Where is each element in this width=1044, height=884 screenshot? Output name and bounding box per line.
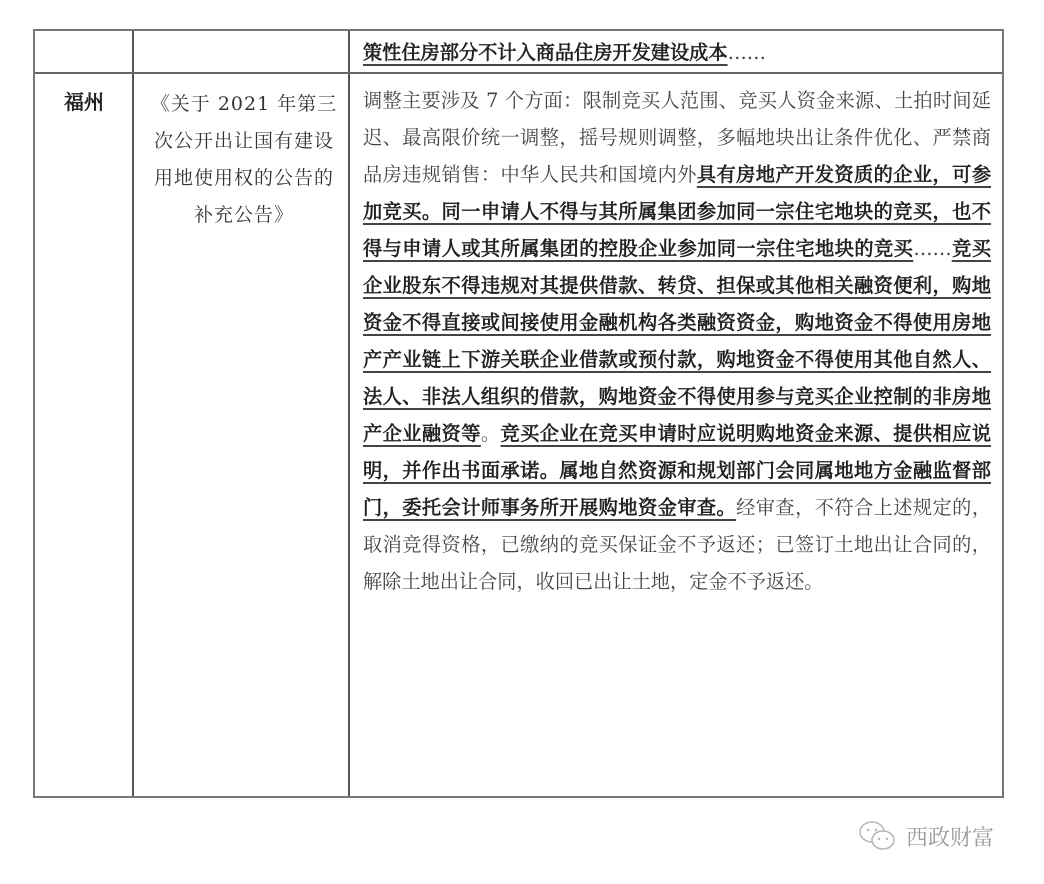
watermark-label: 西政财富 (906, 821, 994, 852)
document-title-cell: 《关于 2021 年第三次公开出让国有建设用地使用权的公告的补充公告》 (135, 74, 349, 234)
highlighted-segment: 竞买企业股东不得违规对其提供借款、转贷、担保或其他相关融资便利，购地资金不得直接… (363, 237, 991, 445)
city-cell: 福州 (35, 74, 133, 115)
highlighted-text: 策性住房部分不计入商品住房开发建设成本 (363, 41, 728, 64)
column-divider (132, 31, 134, 796)
policy-content: 调整主要涉及 7 个方面：限制竞买人范围、竞买人资金来源、土拍时间延迟、最高限价… (363, 74, 991, 600)
content-segment: 。 (481, 422, 501, 445)
wechat-icon (858, 820, 898, 852)
policy-table: 策性住房部分不计入商品住房开发建设成本…… 调整主要涉及 7 个方面：限制竞买人… (33, 29, 1004, 798)
content-cell: 策性住房部分不计入商品住房开发建设成本…… 调整主要涉及 7 个方面：限制竞买人… (351, 31, 1001, 600)
top-row-content: 策性住房部分不计入商品住房开发建设成本…… (363, 31, 991, 74)
content-segment: …… (913, 237, 951, 260)
ellipsis: …… (728, 41, 766, 64)
watermark: 西政财富 (858, 820, 994, 852)
